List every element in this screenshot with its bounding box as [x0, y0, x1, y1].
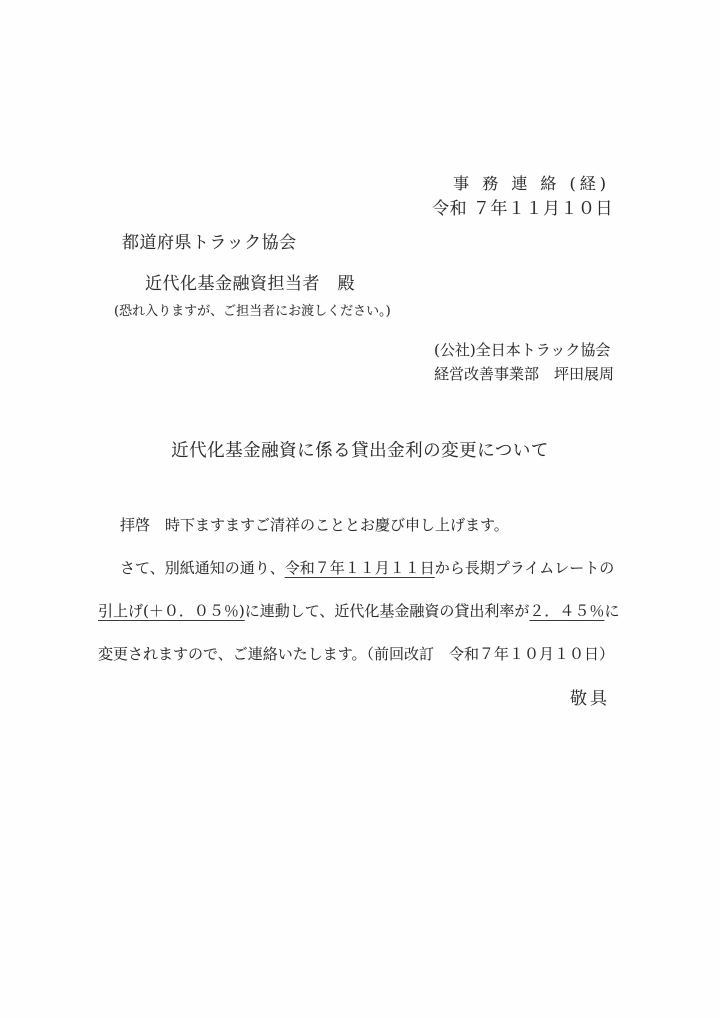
body-line3-mid: に連動して、近代化基金融資の貸出利率が	[245, 602, 530, 620]
recipient-forward-note: (恐れ入りますが、ご担当者にお渡しください。)	[114, 300, 391, 319]
sender-block: (公社)全日本トラック協会 経営改善事業部 坪田展周	[434, 339, 614, 386]
closing-keigu: 敬具	[570, 684, 610, 709]
body-line-4: 変更されますので、ご連絡いたします。（前回改訂 令和７年１０月１０日）	[98, 643, 614, 664]
body-line3-underlined-rate: ２．４５％	[529, 602, 604, 620]
body-line3-post: に	[604, 602, 619, 620]
doc-type-label: 事 務 連 絡 (経)	[453, 171, 610, 194]
letter-title: 近代化基金融資に係る貸出金利の変更について	[0, 437, 720, 462]
body-greeting: 拝啓 時下ますますご清祥のこととお慶び申し上げます。	[120, 514, 509, 535]
body-line2-post: から長期プライムレートの	[435, 559, 615, 577]
recipient-organization: 都道府県トラック協会	[122, 228, 297, 253]
sender-department-person: 経営改善事業部 坪田展周	[434, 363, 614, 387]
body-line-2: さて、別紙通知の通り、令和７年１１月１１日から長期プライムレートの	[120, 557, 614, 578]
recipient-person: 近代化基金融資担当者 殿	[145, 269, 355, 294]
scanned-letter-page: 事 務 連 絡 (経) 令和 ７年１１月１０日 都道府県トラック協会 近代化基金…	[0, 0, 720, 1018]
body-line2-pre: さて、別紙通知の通り、	[120, 559, 285, 577]
body-line-3: 引上げ(＋０．０５％)に連動して、近代化基金融資の貸出利率が２．４５％に	[98, 600, 619, 621]
letter-date: 令和 ７年１１月１０日	[432, 194, 613, 219]
body-line2-underlined-date: 令和７年１１月１１日	[285, 559, 435, 577]
body-line3-underlined-raise: 引上げ(＋０．０５％)	[98, 602, 245, 620]
sender-organization: (公社)全日本トラック協会	[434, 339, 614, 363]
